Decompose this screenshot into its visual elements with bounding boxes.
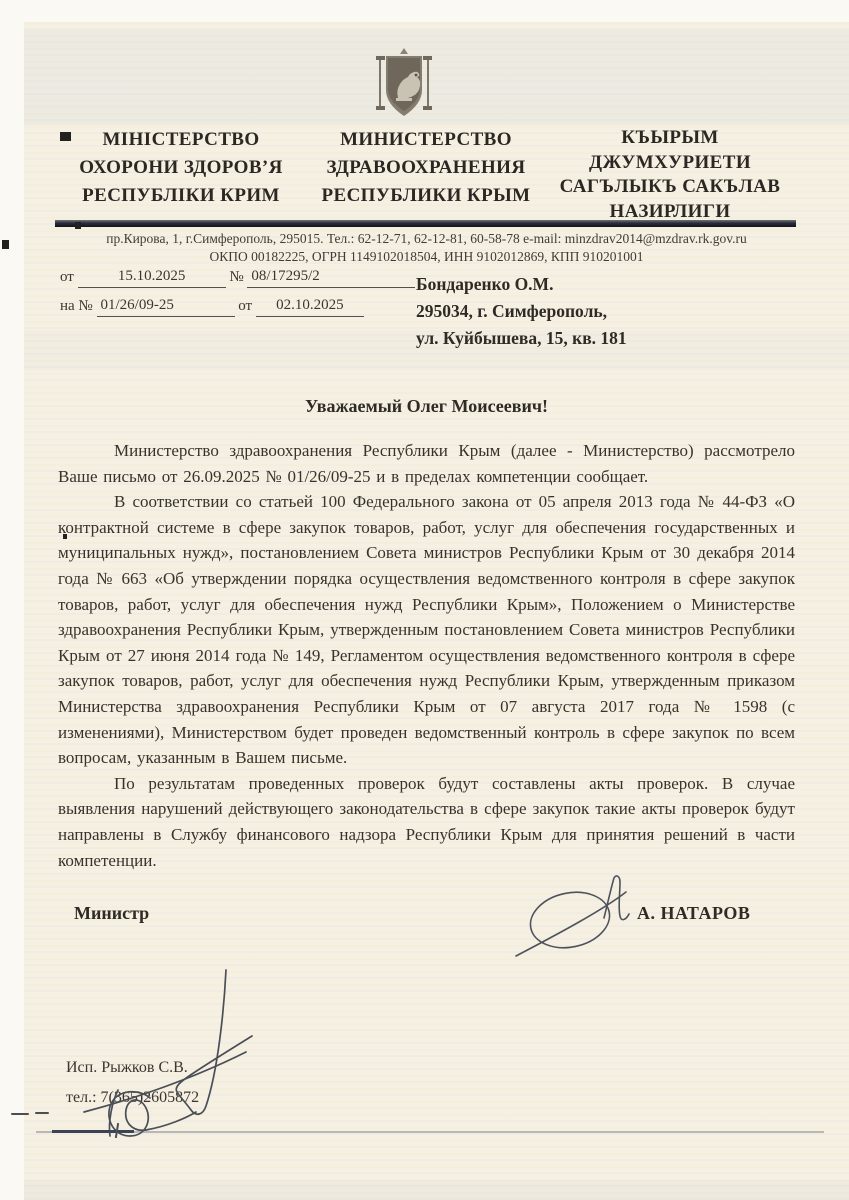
- org-line: КЪЫРЫМ: [540, 126, 800, 151]
- incoming-number-field: 01/26/09-25: [97, 297, 235, 317]
- org-line: РЕСПУБЛІКИ КРИМ: [56, 182, 306, 210]
- scan-speck: [60, 132, 71, 141]
- scan-speck: [2, 240, 9, 249]
- outgoing-reference-row: от 15.10.2025 № 08/17295/2: [60, 268, 380, 297]
- scan-noise-band: [24, 1180, 849, 1200]
- paragraph: Министерство здравоохранения Республики …: [58, 438, 795, 489]
- recipient-block: Бондаренко О.М. 295034, г. Симферополь, …: [416, 271, 716, 352]
- scan-noise-band: [24, 30, 849, 125]
- reply-to-label: на №: [60, 298, 93, 317]
- outgoing-number: 08/17295/2: [251, 268, 319, 284]
- minister-signature-stroke: [508, 872, 658, 964]
- recipient-name: Бондаренко О.М.: [416, 271, 716, 298]
- registration-codes-line: ОКПО 00182225, ОГРН 1149102018504, ИНН 9…: [56, 249, 797, 265]
- scan-artifact-line-dark: [52, 1130, 134, 1133]
- paragraph: По результатам проведенных проверок буду…: [58, 771, 795, 873]
- org-name-crimean-tatar: КЪЫРЫМ ДЖУМХУРИЕТИ САГЪЛЫКЪ САКЪЛАВ НАЗИ…: [540, 126, 800, 224]
- org-name-ukrainian: МІНІСТЕРСТВО ОХОРОНИ ЗДОРОВ’Я РЕСПУБЛІКИ…: [56, 126, 306, 224]
- scan-edge-top: [0, 0, 849, 22]
- letter-body: Министерство здравоохранения Республики …: [58, 438, 795, 873]
- outgoing-date-field: 15.10.2025: [78, 268, 226, 288]
- recipient-address-line: 295034, г. Симферополь,: [416, 298, 716, 325]
- reference-block: от 15.10.2025 № 08/17295/2 на № 01/26/09…: [60, 268, 380, 326]
- recipient-address-line: ул. Куйбышева, 15, кв. 181: [416, 325, 716, 352]
- crimea-coat-of-arms-icon: [372, 46, 436, 122]
- incoming-date: 02.10.2025: [276, 297, 344, 313]
- incoming-reference-row: на № 01/26/09-25 от 02.10.2025: [60, 297, 380, 326]
- org-line: РЕСПУБЛИКИ КРЫМ: [312, 182, 540, 210]
- contact-info-line: пр.Кирова, 1, г.Симферополь, 295015. Тел…: [56, 231, 797, 247]
- signer-name: А. НАТАРОВ: [637, 903, 750, 924]
- scan-speck: [63, 534, 67, 539]
- outgoing-date: 15.10.2025: [118, 268, 186, 284]
- from-label: от: [60, 269, 74, 288]
- org-line: ОХОРОНИ ЗДОРОВ’Я: [56, 154, 306, 182]
- scan-artifact-line: [36, 1131, 824, 1133]
- org-line: ЗДРАВООХРАНЕНИЯ: [312, 154, 540, 182]
- incoming-date-field: 02.10.2025: [256, 297, 364, 317]
- reply-from-label: от: [238, 298, 252, 317]
- org-line: ДЖУМХУРИЕТИ: [540, 151, 800, 176]
- signer-position: Министр: [74, 903, 149, 924]
- scan-speck: [75, 222, 81, 229]
- outgoing-number-field: 08/17295/2: [247, 268, 415, 288]
- incoming-number: 01/26/09-25: [101, 297, 174, 313]
- header-divider-bar: [55, 220, 796, 227]
- salutation: Уважаемый Олег Моисеевич!: [58, 396, 795, 417]
- paragraph: В соответствии со статьей 100 Федерально…: [58, 489, 795, 771]
- handwritten-marks: [0, 940, 400, 1170]
- number-label: №: [229, 269, 243, 288]
- org-line: САГЪЛЫКЪ САКЪЛАВ: [540, 175, 800, 200]
- letterhead: МІНІСТЕРСТВО ОХОРОНИ ЗДОРОВ’Я РЕСПУБЛІКИ…: [56, 126, 800, 224]
- org-line: МИНИСТЕРСТВО: [312, 126, 540, 154]
- scanned-letter-page: МІНІСТЕРСТВО ОХОРОНИ ЗДОРОВ’Я РЕСПУБЛІКИ…: [0, 0, 849, 1200]
- org-name-russian: МИНИСТЕРСТВО ЗДРАВООХРАНЕНИЯ РЕСПУБЛИКИ …: [312, 126, 540, 224]
- org-line: МІНІСТЕРСТВО: [56, 126, 306, 154]
